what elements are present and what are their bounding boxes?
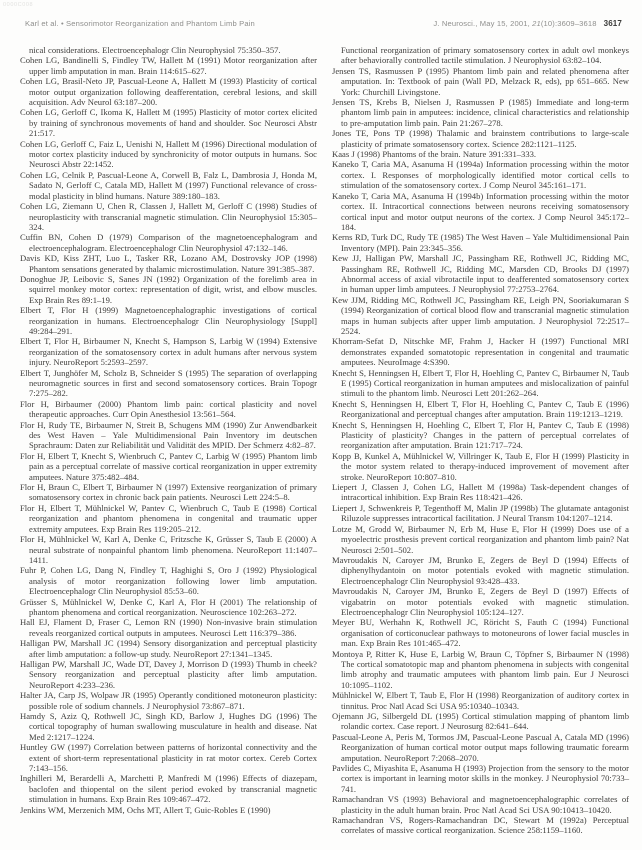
reference-entry: Hamdy S, Aziz Q, Rothwell JC, Singh KD, …: [20, 711, 317, 742]
reference-entry: Lotze M, Grodd W, Birbaumer N, Erb M, Hu…: [332, 524, 629, 555]
reference-entry: Flor H, Braun C, Elbert T, Birbaumer N (…: [20, 482, 317, 503]
reference-entry: nical considerations. Electroencephalogr…: [20, 45, 317, 55]
reference-entry: Huntley GW (1997) Correlation between pa…: [20, 742, 317, 773]
reference-entry: Hall EJ, Flament D, Fraser C, Lemon RN (…: [20, 617, 317, 638]
reference-entry: Cohen LG, Gerloff C, Ikoma K, Hallett M …: [20, 107, 317, 138]
citation-volume: 21: [532, 19, 541, 28]
reference-entry: Halligan PW, Marshall JC (1994) Sensory …: [20, 638, 317, 659]
reference-entry: Halter JA, Carp JS, Wolpaw JR (1995) Ope…: [20, 690, 317, 711]
reference-entry: Functional reorganization of primary som…: [332, 45, 629, 66]
reference-entry: Kaas J (1998) Phantoms of the brain. Nat…: [332, 149, 629, 159]
reference-entry: Knecht S, Henningsen H, Elbert T, Flor H…: [332, 399, 629, 420]
running-head-citation: J. Neurosci., May 15, 2001, 21(10):3609–…: [433, 19, 622, 28]
running-header: Karl et al. • Sensorimotor Reorganizatio…: [0, 0, 642, 28]
reference-entry: Meyer BU, Werhahn K, Rothwell JC, Rörich…: [332, 617, 629, 648]
reference-entry: Halligan PW, Marshall JC, Wade DT, Davey…: [20, 659, 317, 690]
reference-entry: Liepert J, Classen J, Cohen LG, Hallett …: [332, 482, 629, 503]
scan-artifact-mark: 0000C008: [3, 2, 33, 8]
reference-entry: Knecht S, Henningsen H, Hoehling C, Elbe…: [332, 420, 629, 451]
reference-entry: Cuffin BN, Cohen D (1979) Comparison of …: [20, 232, 317, 253]
reference-entry: Flor H, Rudy TE, Birbaumer N, Streit B, …: [20, 420, 317, 451]
reference-entry: Mavroudakis N, Caroyer JM, Brunko E, Zeg…: [332, 555, 629, 586]
reference-entry: Kew JJM, Ridding MC, Rothwell JC, Passin…: [332, 295, 629, 337]
reference-entry: Jensen TS, Krebs B, Nielsen J, Rasmussen…: [332, 97, 629, 128]
reference-entry: Davis KD, Kiss ZHT, Luo L, Tasker RR, Lo…: [20, 253, 317, 274]
reference-entry: Flor H, Elbert T, Mühlnickel W, Pantev C…: [20, 503, 317, 534]
reference-entry: Kopp B, Kunkel A, Mühlnickel W, Villring…: [332, 451, 629, 482]
reference-entry: Kew JJ, Halligan PW, Marshall JC, Passin…: [332, 253, 629, 295]
reference-entry: Elbert T, Flor H (1999) Magnetoencephalo…: [20, 305, 317, 336]
journal-page: { "page": { "scan_mark": "0000C008" }, "…: [0, 0, 642, 850]
running-head-title: Karl et al. • Sensorimotor Reorganizatio…: [25, 19, 255, 28]
citation-prefix: J. Neurosci., May 15, 2001,: [433, 19, 532, 28]
reference-entry: Knecht S, Henningsen H, Elbert T, Flor H…: [332, 368, 629, 399]
reference-entry: Elbert T, Flor H, Birbaumer N, Knecht S,…: [20, 336, 317, 367]
reference-entry: Grüsser S, Mühlnickel W, Denke C, Karl A…: [20, 597, 317, 618]
reference-entry: Fuhr P, Cohen LG, Dang N, Findley T, Hag…: [20, 565, 317, 596]
reference-entry: Cohen LG, Gerloff C, Faiz L, Uenishi N, …: [20, 139, 317, 170]
reference-entry: Khorram-Sefat D, Nitschke MF, Frahm J, H…: [332, 336, 629, 367]
reference-entry: Cohen LG, Brasil-Neto JP, Pascual-Leone …: [20, 76, 317, 107]
reference-entry: Jones TE, Pons TP (1998) Thalamic and br…: [332, 128, 629, 149]
reference-entry: Kaneko T, Caria MA, Asanuma H (1994a) In…: [332, 159, 629, 190]
reference-entry: Pascual-Leone A, Peris M, Tormos JM, Pas…: [332, 732, 629, 763]
citation-issue-pages: (10):3609–3618: [541, 19, 597, 28]
reference-entry: Jenkins WM, Merzenich MM, Ochs MT, Aller…: [20, 805, 317, 815]
reference-entry: Cohen LG, Celnik P, Pascual-Leone A, Cor…: [20, 170, 317, 201]
reference-entry: Pavlides C, Miyashita E, Asanuma H (1993…: [332, 763, 629, 794]
reference-entry: Cohen LG, Bandinelli S, Findley TW, Hall…: [20, 55, 317, 76]
references-left-column: nical considerations. Electroencephalogr…: [20, 45, 317, 836]
reference-entry: Cohen LG, Ziemann U, Chen R, Classen J, …: [20, 201, 317, 232]
reference-list: nical considerations. Electroencephalogr…: [0, 28, 642, 836]
reference-entry: Kaneko T, Caria MA, Asanuma H (1994b) In…: [332, 191, 629, 233]
references-right-column: Functional reorganization of primary som…: [332, 45, 629, 836]
reference-entry: Flor H, Elbert T, Knecht S, Wienbruch C,…: [20, 451, 317, 482]
reference-entry: Mühlnickel W, Elbert T, Taub E, Flor H (…: [332, 690, 629, 711]
reference-entry: Kerns RD, Turk DC, Rudy TE (1985) The We…: [332, 232, 629, 253]
reference-entry: Ramachandran VS (1993) Behavioral and ma…: [332, 794, 629, 815]
reference-entry: Inghilleri M, Berardelli A, Marchetti P,…: [20, 773, 317, 804]
reference-entry: Jensen TS, Rasmussen P (1995) Phantom li…: [332, 66, 629, 97]
reference-entry: Liepert J, Schwenkreis P, Tegenthoff M, …: [332, 503, 629, 524]
reference-entry: Elbert T, Junghöfer M, Scholz B, Schneid…: [20, 368, 317, 399]
reference-entry: Flor H, Mühlnickel W, Karl A, Denke C, F…: [20, 534, 317, 565]
reference-entry: Ojemann JG, Silbergeld DL (1995) Cortica…: [332, 711, 629, 732]
reference-entry: Flor H, Birbaumer (2000) Phantom limb pa…: [20, 399, 317, 420]
reference-entry: Mavroudakis N, Caroyer JM, Brunko E, Zeg…: [332, 586, 629, 617]
reference-entry: Montoya P, Ritter K, Huse E, Larbig W, B…: [332, 649, 629, 691]
reference-entry: Donoghue JP, Leibovic S, Sanes JN (1992)…: [20, 274, 317, 305]
page-number: 3617: [604, 19, 622, 28]
reference-entry: Ramachandran VS, Rogers-Ramachandran DC,…: [332, 815, 629, 836]
journal-citation: J. Neurosci., May 15, 2001, 21(10):3609–…: [433, 19, 596, 28]
